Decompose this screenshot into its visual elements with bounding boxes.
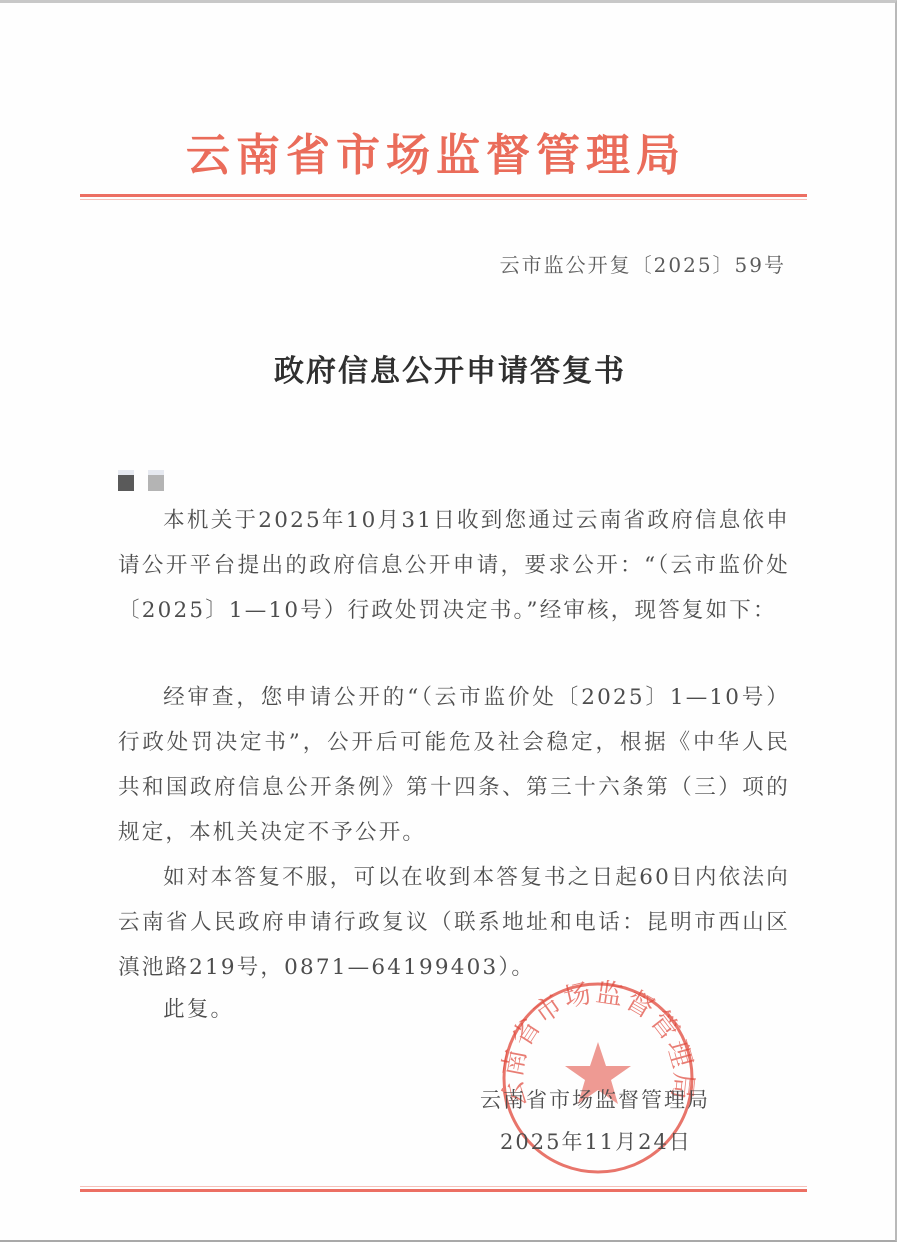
document-number: 云市监公开复〔2025〕59号 <box>500 250 786 280</box>
paragraph-decision: 经审查，您申请公开的“（云市监价处〔2025〕1—10号）行政处罚决定书”，公开… <box>118 675 790 855</box>
footer-red-rule <box>80 1189 807 1192</box>
paragraph-appeal-rights: 如对本答复不服，可以在收到本答复书之日起60日内依法向云南省人民政府申请行政复议… <box>118 855 790 990</box>
header-red-rule <box>80 194 807 197</box>
header-red-rule-thin <box>80 199 807 200</box>
paragraph-closing: 此复。 <box>118 987 234 1032</box>
signature-organization: 云南省市场监督管理局 <box>480 1078 710 1122</box>
redaction-block <box>148 475 164 491</box>
paragraph-request-received: 本机关于2025年10月31日收到您通过云南省政府信息依申请公开平台提出的政府信… <box>118 498 790 633</box>
footer-red-rule-thin <box>80 1186 807 1187</box>
org-letterhead: 云南省市场监督管理局 <box>186 128 716 184</box>
signature-date: 2025年11月24日 <box>500 1120 692 1164</box>
redacted-recipient-name <box>118 475 164 491</box>
redaction-block <box>118 475 134 491</box>
document-title: 政府信息公开申请答复书 <box>0 350 900 394</box>
